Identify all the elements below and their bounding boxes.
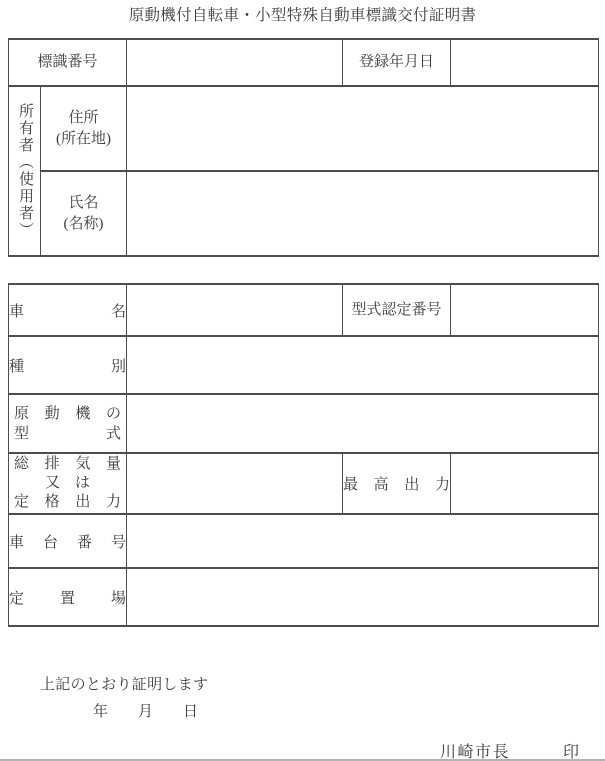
displacement-label-line2: 又 は <box>14 474 121 493</box>
storage-location-label: 定 置 場 <box>9 568 127 626</box>
plate-number-label: 標識番号 <box>9 39 127 86</box>
seal-placeholder: 印 <box>563 739 579 761</box>
certificate-page: 原動機付自転車・小型特殊自動車標識交付証明書 標識番号 登録年月日 所有者（使用… <box>0 0 605 761</box>
address-label: 住所 (所在地) <box>41 86 127 171</box>
certification-statement: 上記のとおり証明します <box>40 673 208 694</box>
name-label: 氏名 (名称) <box>41 171 127 256</box>
type-approval-number-label: 型式認定番号 <box>343 284 451 336</box>
displacement-label-line1: 総 排 気 量 <box>14 455 121 474</box>
displacement-rated-output-label: 総 排 気 量 又 は 定 格 出 力 <box>9 453 127 514</box>
name-label-line2: (名称) <box>41 214 126 235</box>
page-title: 原動機付自転車・小型特殊自動車標識交付証明書 <box>0 3 605 25</box>
name-value-cell <box>127 171 599 256</box>
address-label-line1: 住所 <box>41 108 126 129</box>
displacement-label-line3: 定 格 出 力 <box>14 493 121 512</box>
engine-model-value-cell <box>127 394 599 453</box>
displacement-value-cell <box>127 453 343 514</box>
category-label: 種 別 <box>9 336 127 394</box>
vehicle-info-table: 車 名 型式認定番号 種 別 原 動 機 の 型 式 総 排 気 量 又 は 定… <box>8 283 599 627</box>
registration-date-value-cell <box>451 39 599 86</box>
registration-date-label: 登録年月日 <box>343 39 451 86</box>
vehicle-name-label: 車 名 <box>9 284 127 336</box>
owner-user-group-label: 所有者（使用者） <box>16 103 33 239</box>
address-value-cell <box>127 86 599 171</box>
engine-model-label-line1: 原 動 機 の <box>14 404 121 424</box>
certification-date-line: 年 月 日 <box>93 700 198 721</box>
plate-number-value-cell <box>127 39 343 86</box>
type-approval-number-value-cell <box>451 284 599 336</box>
max-output-value-cell <box>451 453 599 514</box>
owner-user-group-cell: 所有者（使用者） <box>9 86 41 256</box>
engine-model-label: 原 動 機 の 型 式 <box>9 394 127 453</box>
vehicle-name-value-cell <box>127 284 343 336</box>
chassis-number-label: 車 台 番 号 <box>9 514 127 568</box>
category-value-cell <box>127 336 599 394</box>
chassis-number-value-cell <box>127 514 599 568</box>
storage-location-value-cell <box>127 568 599 626</box>
engine-model-label-line2: 型 式 <box>14 424 121 444</box>
owner-info-table: 標識番号 登録年月日 所有者（使用者） 住所 (所在地) 氏名 (名称) <box>8 38 599 257</box>
address-label-line2: (所在地) <box>41 129 126 150</box>
issuer-name: 川崎市長 <box>440 739 510 761</box>
name-label-line1: 氏名 <box>41 193 126 214</box>
max-output-label: 最 高 出 力 <box>343 453 451 514</box>
